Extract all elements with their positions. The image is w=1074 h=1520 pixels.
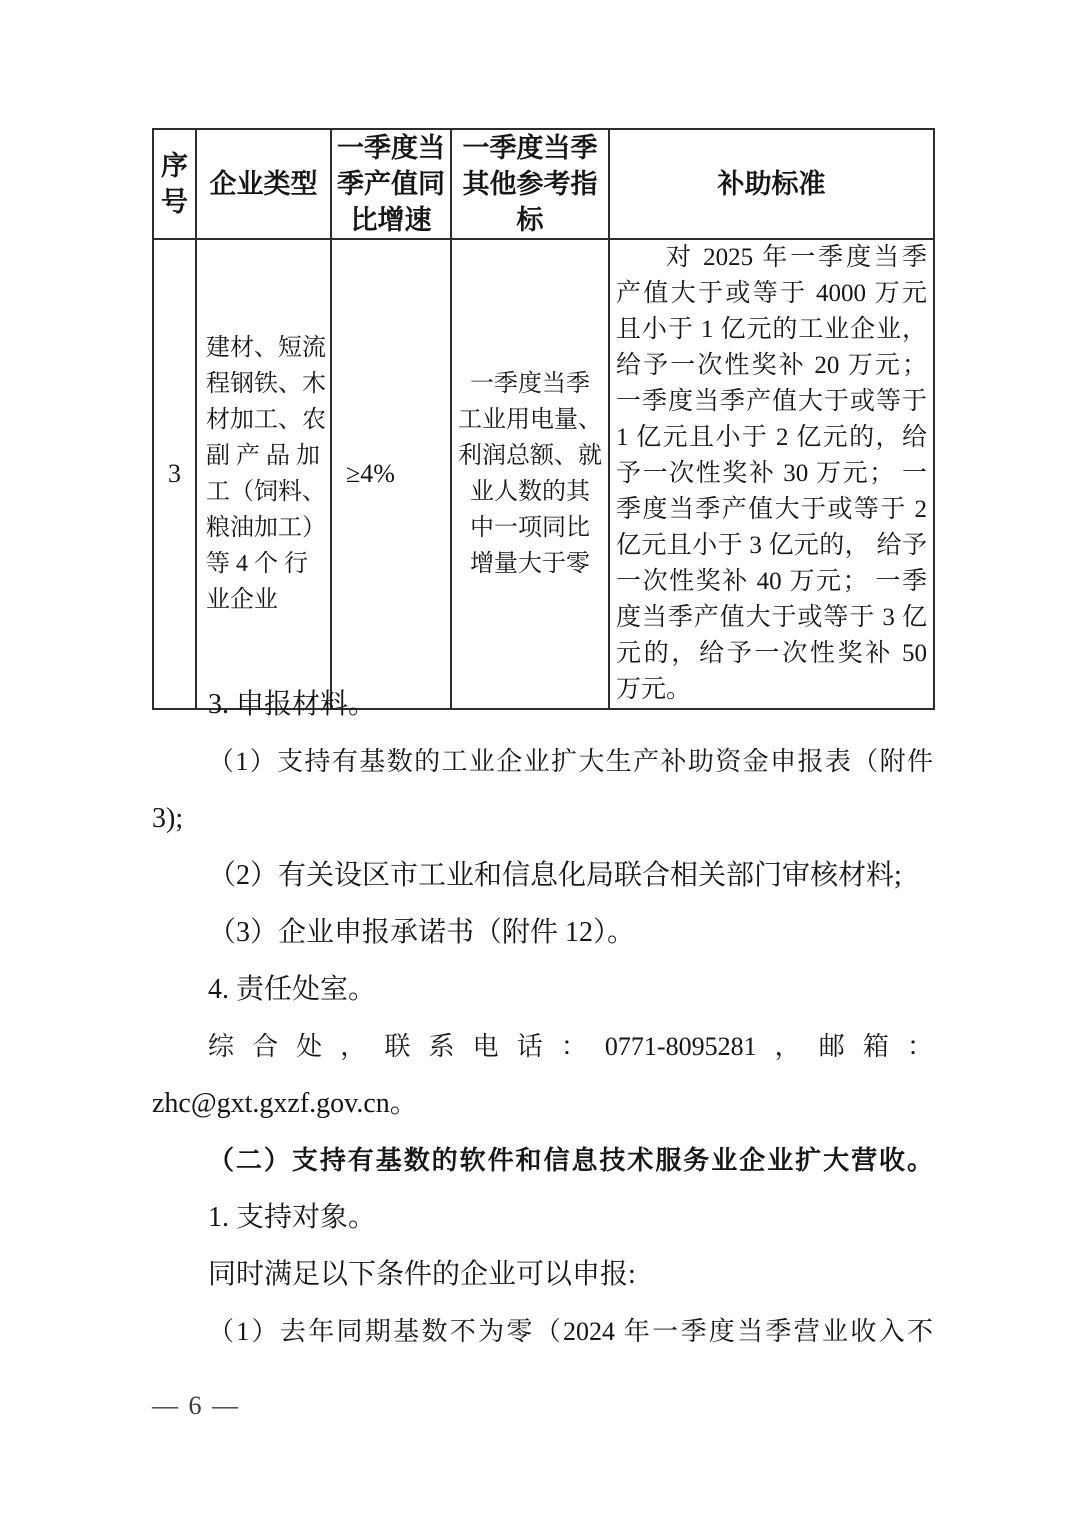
col-header-other-indicators: 一季度当季其他参考指标	[451, 129, 609, 239]
page-number: — 6 —	[152, 1390, 240, 1422]
body-line: （二）支持有基数的软件和信息技术服务业企业扩大营收。	[152, 1132, 933, 1189]
body-line: 同时满足以下条件的企业可以申报:	[152, 1246, 933, 1303]
body-line: 1. 支持对象。	[152, 1189, 933, 1246]
document-page: 序号 企业类型 一季度当季产值同比增速 一季度当季其他参考指标 补助标准 3 建…	[0, 0, 1074, 1520]
cell-subsidy-standard: 对 2025 年一季度当季产值大于或等于 4000 万元且小于 1 亿元的工业企…	[609, 239, 934, 709]
body-line: 4. 责任处室。	[152, 961, 933, 1018]
col-header-enterprise-type: 企业类型	[196, 129, 331, 239]
col-header-growth-rate: 一季度当季产值同比增速	[331, 129, 451, 239]
cell-other-indicators: 一季度当季 工业用电量、 利润总额、就 业人数的其 中一项同比 增量大于零	[451, 239, 609, 709]
body-line: zhc@gxt.gxzf.gov.cn。	[152, 1075, 933, 1132]
cell-seq: 3	[153, 239, 196, 709]
cell-growth-rate: ≥4%	[331, 239, 451, 709]
body-line: （3）企业申报承诺书（附件 12）。	[152, 904, 933, 961]
subsidy-table: 序号 企业类型 一季度当季产值同比增速 一季度当季其他参考指标 补助标准 3 建…	[152, 128, 935, 710]
body-line: 3);	[152, 790, 933, 847]
body-line: （2）有关设区市工业和信息化局联合相关部门审核材料;	[152, 847, 933, 904]
body-line: 综合处，联系电话：0771-8095281，邮箱：	[152, 1018, 933, 1075]
body-line: （1）支持有基数的工业企业扩大生产补助资金申报表（附件	[152, 733, 933, 790]
table-row: 3 建材、短流 程钢铁、木 材加工、农 副 产 品 加 工（饲料、 粮油加工） …	[153, 239, 934, 709]
table-header-row: 序号 企业类型 一季度当季产值同比增速 一季度当季其他参考指标 补助标准	[153, 129, 934, 239]
body-line: 3. 申报材料。	[152, 676, 933, 733]
col-header-subsidy-standard: 补助标准	[609, 129, 934, 239]
cell-enterprise-type: 建材、短流 程钢铁、木 材加工、农 副 产 品 加 工（饲料、 粮油加工） 等 …	[196, 239, 331, 709]
col-header-seq: 序号	[153, 129, 196, 239]
body-line: （1）去年同期基数不为零（2024 年一季度当季营业收入不	[152, 1303, 933, 1360]
body-text: 3. 申报材料。（1）支持有基数的工业企业扩大生产补助资金申报表（附件3);（2…	[152, 676, 933, 1360]
